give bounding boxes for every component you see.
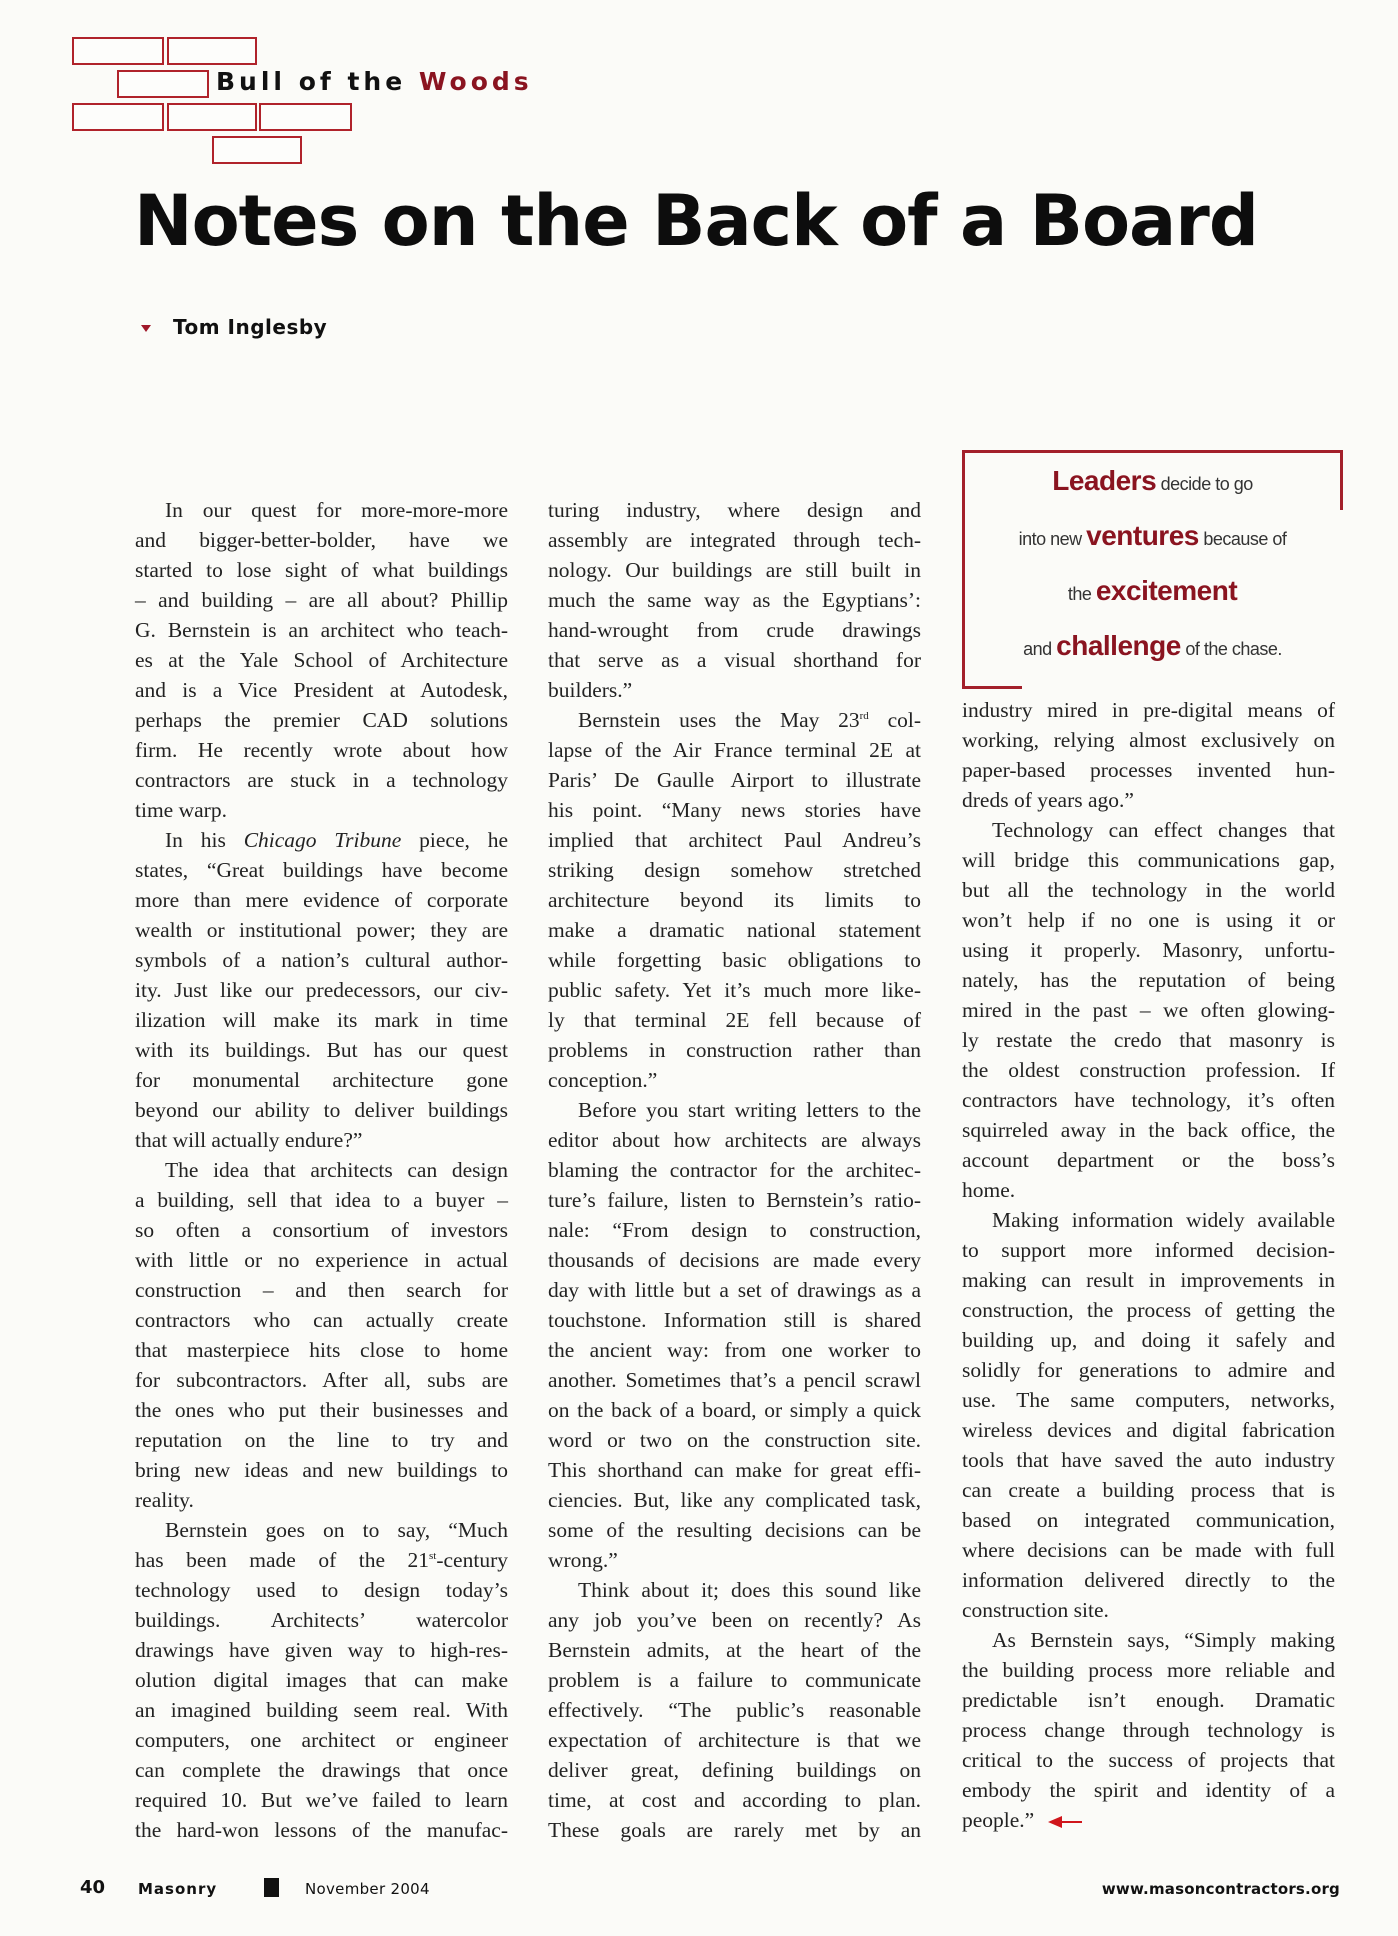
body-text-line: symbols of a nation’s cultural author-: [135, 945, 508, 975]
pull-quote-text: into new: [1019, 529, 1087, 549]
body-text-line: nology. Our buildings are still built in: [548, 555, 921, 585]
body-text-line: process change through technology is: [962, 1715, 1335, 1745]
body-text-line: with its buildings. But has our quest: [135, 1035, 508, 1065]
body-text-line: ture’s failure, listen to Bernstein’s ra…: [548, 1185, 921, 1215]
body-text-line: more than mere evidence of corporate: [135, 885, 508, 915]
body-text-line: builders.”: [548, 675, 921, 705]
body-column-1: In our quest for more-more-moreand bigge…: [135, 495, 508, 1845]
body-text-line: on the back of a board, or simply a quic…: [548, 1395, 921, 1425]
brick-icon: [167, 37, 257, 65]
body-text-line: predictable isn’t enough. Dramatic: [962, 1685, 1335, 1715]
square-icon: [264, 1878, 279, 1897]
body-text-line: industry mired in pre-digital means of: [962, 695, 1335, 725]
pull-quote: Leaders decide to gointo new ventures be…: [962, 450, 1340, 686]
body-text-line: and bigger-better-bolder, have we: [135, 525, 508, 555]
body-text-line: expectation of architecture is that we: [548, 1725, 921, 1755]
website-url: www.masoncontractors.org: [1102, 1880, 1340, 1898]
pull-quote-line: and challenge of the chase.: [965, 618, 1340, 673]
pull-quote-text: Leaders: [1052, 465, 1156, 496]
body-text-line: his point. “Many news stories have: [548, 795, 921, 825]
body-text-line: information delivered directly to the: [962, 1565, 1335, 1595]
body-text-line: any job you’ve been on recently? As: [548, 1605, 921, 1635]
brick-icon: [72, 37, 164, 65]
pull-quote-text: decide to go: [1156, 474, 1253, 494]
body-text-line: ity. Just like our predecessors, our civ…: [135, 975, 508, 1005]
body-text-line: much the same way as the Egyptians’:: [548, 585, 921, 615]
body-text-line: people.”: [962, 1805, 1335, 1835]
pull-quote-text: of the chase.: [1181, 639, 1282, 659]
body-text-line: turing industry, where design and: [548, 495, 921, 525]
body-text-line: that will actually endure?”: [135, 1125, 508, 1155]
body-text-line: implied that architect Paul Andreu’s: [548, 825, 921, 855]
body-text-line: so often a consortium of investors: [135, 1215, 508, 1245]
body-text-line: public safety. Yet it’s much more like-: [548, 975, 921, 1005]
body-text-line: This shorthand can make for great effi-: [548, 1455, 921, 1485]
body-text-line: for subcontractors. After all, subs are: [135, 1365, 508, 1395]
body-text-line: contractors have technology, it’s often: [962, 1085, 1335, 1115]
body-text-line: for monumental architecture gone: [135, 1065, 508, 1095]
body-text-line: nale: “From design to construction,: [548, 1215, 921, 1245]
body-text-line: Making information widely available: [962, 1205, 1335, 1235]
body-text-line: assembly are integrated through tech-: [548, 525, 921, 555]
body-text-line: to support more informed decision-: [962, 1235, 1335, 1265]
body-text-line: problem is a failure to communicate: [548, 1665, 921, 1695]
body-text-line: construction, the process of getting the: [962, 1295, 1335, 1325]
body-text-line: buildings. Architects’ watercolor: [135, 1605, 508, 1635]
pull-quote-text: the: [1068, 584, 1096, 604]
article-title: Notes on the Back of a Board: [134, 180, 1258, 262]
body-text-line: won’t help if no one is using it or: [962, 905, 1335, 935]
body-text-line: ly that terminal 2E fell because of: [548, 1005, 921, 1035]
body-text-line: Bernstein goes on to say, “Much: [135, 1515, 508, 1545]
pull-quote-text: because of: [1199, 529, 1287, 549]
pull-quote-corner: [1340, 450, 1343, 510]
body-text-line: required 10. But we’ve failed to learn: [135, 1785, 508, 1815]
body-text-line: touchstone. Information still is shared: [548, 1305, 921, 1335]
brick-icon: [212, 136, 302, 164]
body-text-line: ilization will make its mark in time: [135, 1005, 508, 1035]
body-text-line: where decisions can be made with full: [962, 1535, 1335, 1565]
body-text-line: striking design somehow stretched: [548, 855, 921, 885]
body-text-line: that serve as a visual shorthand for: [548, 645, 921, 675]
brick-icon: [259, 103, 352, 131]
body-text-line: the building process more reliable and: [962, 1655, 1335, 1685]
body-text-line: problems in construction rather than: [548, 1035, 921, 1065]
body-text-line: perhaps the premier CAD solutions: [135, 705, 508, 735]
body-text-line: Bernstein admits, at the heart of the: [548, 1635, 921, 1665]
body-text-line: and is a Vice President at Autodesk,: [135, 675, 508, 705]
pull-quote-line: into new ventures because of: [965, 508, 1340, 563]
body-text-line: home.: [962, 1175, 1335, 1205]
body-text-line: working, relying almost exclusively on: [962, 725, 1335, 755]
body-text-line: squirreled away in the back office, the: [962, 1115, 1335, 1145]
body-text-line: states, “Great buildings have become: [135, 855, 508, 885]
pull-quote-line: Leaders decide to go: [965, 453, 1340, 508]
body-text-line: dreds of years ago.”: [962, 785, 1335, 815]
body-text-line: an imagined building seem real. With: [135, 1695, 508, 1725]
body-text-line: critical to the success of projects that: [962, 1745, 1335, 1775]
body-text-line: construction – and then search for: [135, 1275, 508, 1305]
body-text-line: the ones who put their businesses and: [135, 1395, 508, 1425]
body-text-line: The idea that architects can design: [135, 1155, 508, 1185]
pull-quote-text: and: [1023, 639, 1056, 659]
body-text-line: embody the spirit and identity of a: [962, 1775, 1335, 1805]
body-text-line: editor about how architects are always: [548, 1125, 921, 1155]
body-text-line: es at the Yale School of Architecture: [135, 645, 508, 675]
body-text-line: ly restate the credo that masonry is: [962, 1025, 1335, 1055]
body-text-line: nately, has the reputation of being: [962, 965, 1335, 995]
body-text-line: has been made of the 21st-century: [135, 1545, 508, 1575]
body-text-line: thousands of decisions are made every: [548, 1245, 921, 1275]
body-text-line: the oldest construction profession. If: [962, 1055, 1335, 1085]
body-text-line: As Bernstein says, “Simply making: [962, 1625, 1335, 1655]
body-text-line: lapse of the Air France terminal 2E at: [548, 735, 921, 765]
body-text-line: Think about it; does this sound like: [548, 1575, 921, 1605]
body-text-line: drawings have given way to high-res-: [135, 1635, 508, 1665]
body-text-line: wireless devices and digital fabrication: [962, 1415, 1335, 1445]
body-text-line: building up, and doing it safely and: [962, 1325, 1335, 1355]
arrow-left-icon: [1048, 1816, 1088, 1828]
body-text-line: can create a building process that is: [962, 1475, 1335, 1505]
body-text-line: account department or the boss’s: [962, 1145, 1335, 1175]
body-text-line: solidly for generations to admire and: [962, 1355, 1335, 1385]
body-text-line: beyond our ability to deliver buildings: [135, 1095, 508, 1125]
body-text-line: ciencies. But, like any complicated task…: [548, 1485, 921, 1515]
body-text-line: computers, one architect or engineer: [135, 1725, 508, 1755]
magazine-name: Masonry: [138, 1880, 217, 1898]
body-text-line: paper-based processes invented hun-: [962, 755, 1335, 785]
body-text-line: time warp.: [135, 795, 508, 825]
body-text-line: time, at cost and according to plan.: [548, 1785, 921, 1815]
body-text-line: In our quest for more-more-more: [135, 495, 508, 525]
body-text-line: making can result in improvements in: [962, 1265, 1335, 1295]
body-text-line: tools that have saved the auto industry: [962, 1445, 1335, 1475]
body-text-line: the hard-won lessons of the manufac-: [135, 1815, 508, 1845]
body-text-line: firm. He recently wrote about how: [135, 735, 508, 765]
pull-quote-corner: [962, 686, 1022, 689]
page-number: 40: [80, 1877, 105, 1898]
body-text-line: Bernstein uses the May 23rd col-: [548, 705, 921, 735]
body-text-line: – and building – are all about? Phillip: [135, 585, 508, 615]
body-text-line: contractors who can actually create: [135, 1305, 508, 1335]
body-text-line: hand-wrought from crude drawings: [548, 615, 921, 645]
section-kicker-prefix: Bull of the: [216, 67, 406, 96]
body-text-line: another. Sometimes that’s a pencil scraw…: [548, 1365, 921, 1395]
body-text-line: some of the resulting decisions can be: [548, 1515, 921, 1545]
body-text-line: construction site.: [962, 1595, 1335, 1625]
body-text-line: based on integrated communication,: [962, 1505, 1335, 1535]
byline: Tom Inglesby: [141, 315, 327, 339]
body-text-line: bring new ideas and new buildings to: [135, 1455, 508, 1485]
body-text-line: using it properly. Masonry, unfortu-: [962, 935, 1335, 965]
brick-icon: [72, 103, 164, 131]
section-kicker-accent: Woods: [419, 67, 533, 96]
section-kicker: Bull of the Woods: [216, 67, 533, 96]
body-text-line: use. The same computers, networks,: [962, 1385, 1335, 1415]
body-column-2: turing industry, where design andassembl…: [548, 495, 921, 1845]
body-text-line: word or two on the construction site.: [548, 1425, 921, 1455]
pull-quote-text: excitement: [1096, 575, 1237, 606]
body-text-line: that masterpiece hits close to home: [135, 1335, 508, 1365]
body-text-line: conception.”: [548, 1065, 921, 1095]
body-text-line: architecture beyond its limits to: [548, 885, 921, 915]
body-text-line: contractors are stuck in a technology: [135, 765, 508, 795]
body-text-line: blaming the contractor for the architec-: [548, 1155, 921, 1185]
pull-quote-line: the excitement: [965, 563, 1340, 618]
body-text-line: while forgetting basic obligations to: [548, 945, 921, 975]
brick-icon: [167, 103, 257, 131]
body-text-line: Technology can effect changes that: [962, 815, 1335, 845]
author-name: Tom Inglesby: [173, 315, 327, 339]
body-text-line: wealth or institutional power; they are: [135, 915, 508, 945]
pull-quote-text: ventures: [1086, 520, 1199, 551]
body-text-line: make a dramatic national statement: [548, 915, 921, 945]
body-text-line: wrong.”: [548, 1545, 921, 1575]
body-text-line: can complete the drawings that once: [135, 1755, 508, 1785]
body-text-line: olution digital images that can make: [135, 1665, 508, 1695]
body-text-line: the ancient way: from one worker to: [548, 1335, 921, 1365]
body-column-3: industry mired in pre-digital means ofwo…: [962, 695, 1335, 1835]
body-text-line: with little or no experience in actual: [135, 1245, 508, 1275]
body-text-line: technology used to design today’s: [135, 1575, 508, 1605]
body-text-line: Before you start writing letters to the: [548, 1095, 921, 1125]
body-text-line: will bridge this communications gap,: [962, 845, 1335, 875]
triangle-down-icon: [141, 325, 151, 332]
pull-quote-text: challenge: [1056, 630, 1181, 661]
body-text-line: In his Chicago Tribune piece, he: [135, 825, 508, 855]
body-text-line: G. Bernstein is an architect who teach-: [135, 615, 508, 645]
body-text-line: but all the technology in the world: [962, 875, 1335, 905]
body-text-line: day with little but a set of drawings as…: [548, 1275, 921, 1305]
body-text-line: Paris’ De Gaulle Airport to illustrate: [548, 765, 921, 795]
issue-date: November 2004: [305, 1880, 430, 1898]
body-text-line: These goals are rarely met by an: [548, 1815, 921, 1845]
body-text-line: reality.: [135, 1485, 508, 1515]
body-text-line: started to lose sight of what buildings: [135, 555, 508, 585]
brick-icon: [117, 70, 209, 98]
body-text-line: mired in the past – we often glowing-: [962, 995, 1335, 1025]
body-text-line: a building, sell that idea to a buyer –: [135, 1185, 508, 1215]
body-text-line: reputation on the line to try and: [135, 1425, 508, 1455]
body-text-line: deliver great, defining buildings on: [548, 1755, 921, 1785]
body-text-line: effectively. “The public’s reasonable: [548, 1695, 921, 1725]
